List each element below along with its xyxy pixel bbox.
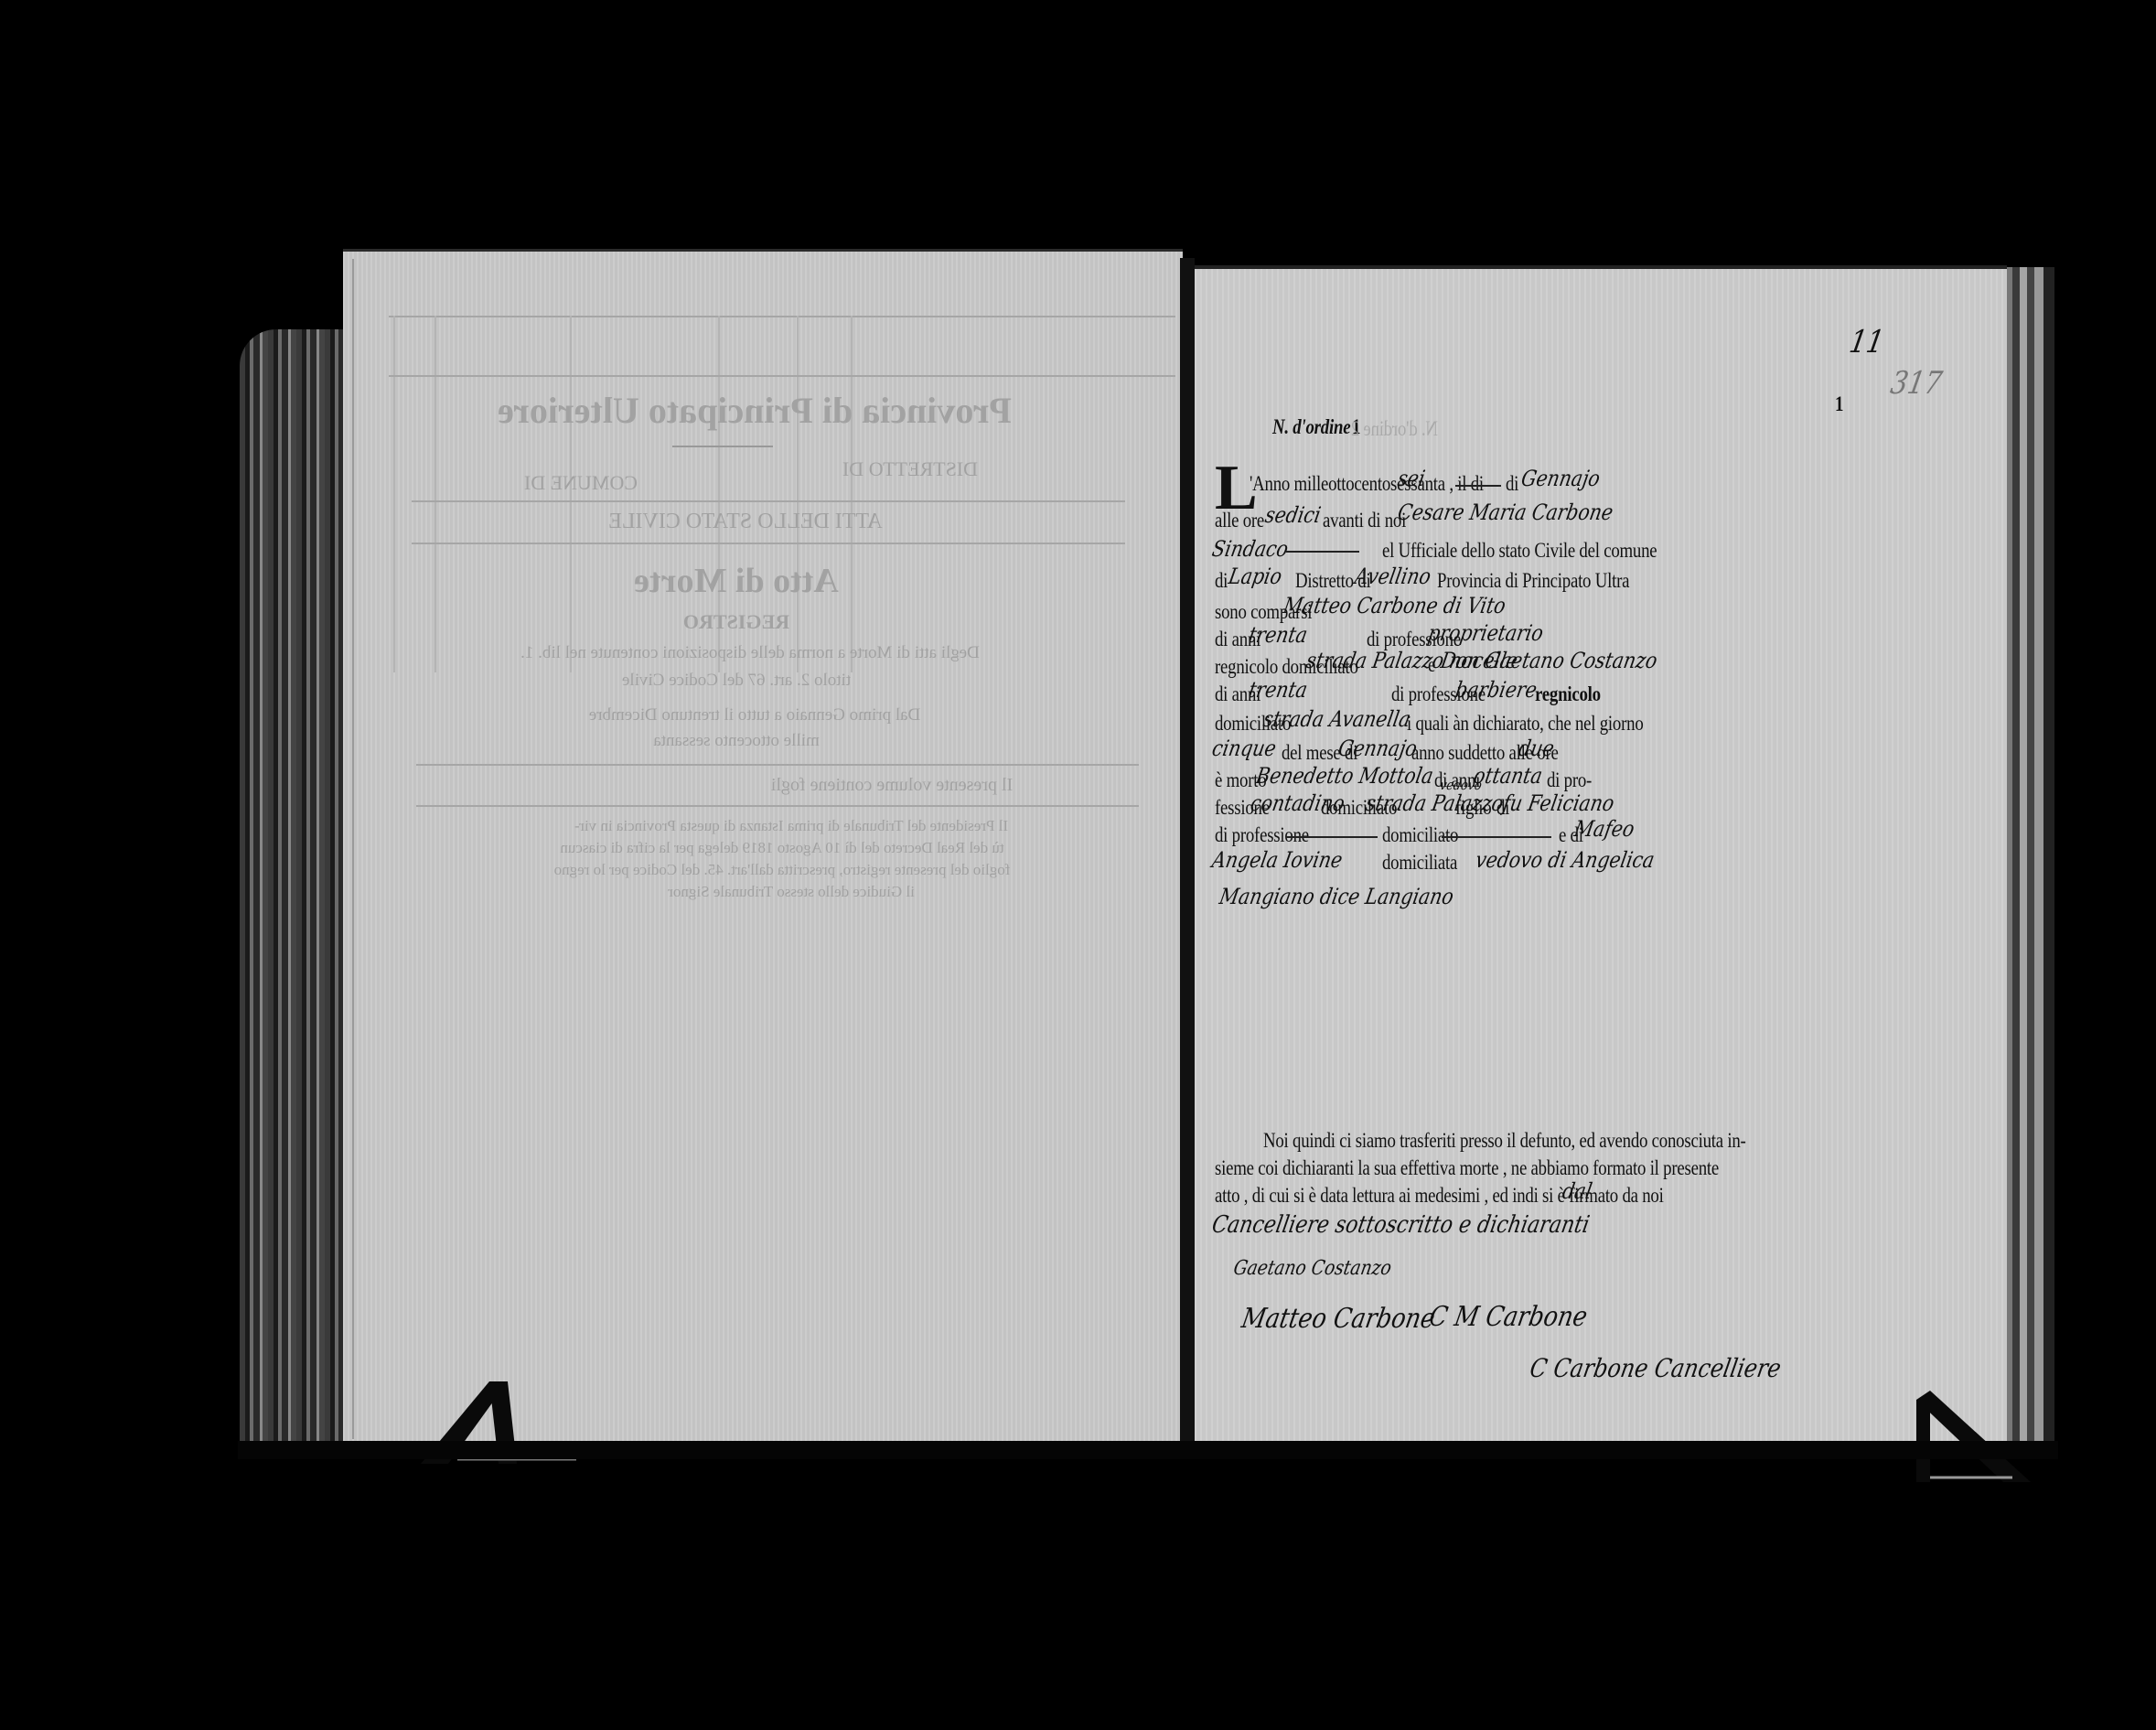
- print-text: i quali àn dichiarato, che nel giorno: [1407, 712, 1644, 736]
- handwritten-entry: vedovo di Angelica: [1474, 847, 1657, 873]
- closing-paragraph-line: sieme coi dichiaranti la sua effettiva m…: [1215, 1156, 1719, 1180]
- right-page: 11 317 1 N. d'ordine 1 N. d'ordine 2 L '…: [1195, 265, 2007, 1445]
- handwritten-entry: trenta: [1247, 622, 1310, 648]
- print-text: 'Anno milleottocentosessanta , il di: [1250, 472, 1484, 496]
- bleed-paragraph-3-line-2: tù del Real Decreto del dì 10 Agosto 181…: [453, 839, 1111, 857]
- corner-pen-mark: 11: [1847, 324, 1887, 360]
- handwritten-entry: Sindaco: [1210, 536, 1291, 562]
- handwritten-entry: Gennajo: [1336, 736, 1419, 761]
- table-col-line: [393, 316, 395, 672]
- handwritten-entry: Mangiano dice Langiano: [1217, 884, 1455, 909]
- blank-dash: [1286, 551, 1359, 553]
- left-page: Provincia di Principato Ulteriore DISTRE…: [343, 249, 1183, 1447]
- book-bottom-shadow: [238, 1441, 2058, 1459]
- bleed-paragraph-2-line-2: mille ottocento sessanta: [617, 731, 855, 751]
- bleed-section: ATTI DELLO STATO CIVILE: [508, 510, 983, 534]
- handwritten-entry: Cancelliere sottoscritto e dichiaranti: [1210, 1211, 1592, 1239]
- blank-dash: [1455, 485, 1501, 487]
- bleed-distretto-label: DISTRETTO DI: [819, 457, 1002, 481]
- bleed-volume-note: Il presente volume contiene fogli: [691, 775, 1093, 796]
- right-page-stack: [2007, 267, 2054, 1447]
- table-col-line: [434, 316, 436, 672]
- bleed-paragraph-3-line-1: Il Presidente del Tribunale di prima Ist…: [480, 817, 1102, 835]
- bleed-divider: [672, 446, 773, 447]
- handwritten-entry: proprietario: [1426, 620, 1545, 646]
- book-gutter: [1180, 258, 1195, 1447]
- handwritten-entry: Avellino: [1353, 564, 1433, 589]
- table-header-rule: [389, 375, 1175, 377]
- print-text: Provincia di Principato Ultra: [1437, 569, 1629, 593]
- handwritten-entry: ottanta: [1472, 763, 1544, 789]
- handwritten-entry: Don Gaetano Costanzo: [1439, 648, 1659, 673]
- closing-paragraph-line: Noi quindi ci siamo trasferiti presso il…: [1263, 1129, 1746, 1153]
- bleed-subheading: REGISTRO: [645, 610, 828, 634]
- right-page-clamp-icon: [1903, 1381, 2049, 1482]
- handwritten-entry: strada Avanella: [1261, 706, 1412, 732]
- mirrored-ordine: N. d'ordine 2: [1351, 417, 1438, 441]
- bleed-province-title: Provincia di Principato Ulteriore: [453, 389, 1057, 432]
- bleed-comune-label: COMUNE DI: [489, 471, 672, 495]
- signature: Matteo Carbone: [1239, 1303, 1438, 1335]
- page-number: 1: [1835, 392, 1843, 416]
- print-text: domiciliata: [1382, 851, 1457, 875]
- print-text: di pro-: [1547, 768, 1592, 792]
- blank-dash: [1286, 836, 1378, 838]
- blank-dash: [1442, 836, 1551, 838]
- bleed-heading: Atto di Morte: [581, 561, 892, 601]
- bleed-paragraph-3-line-3: foglio del presente registro, prescritta…: [453, 861, 1111, 879]
- signature: C M Carbone: [1427, 1301, 1590, 1333]
- bleed-paragraph-3-line-4: il Giudice dello stesso Tribunale Signor: [617, 883, 965, 901]
- bleed-rule: [416, 805, 1139, 807]
- print-text: e: [1428, 653, 1435, 677]
- handwritten-entry: barbiere: [1453, 677, 1539, 703]
- bleed-paragraph-1-line-2: titolo 2. art. 67 del Codice Civile: [563, 671, 910, 691]
- signature: C Carbone Cancelliere: [1528, 1353, 1784, 1383]
- handwritten-entry: Gennajo: [1519, 466, 1602, 491]
- left-page-stack: [240, 329, 348, 1445]
- handwritten-entry: vedovo: [1439, 777, 1484, 793]
- handwritten-entry: Benedetto Mottola: [1254, 763, 1435, 789]
- print-text: figlio: [1455, 796, 1491, 820]
- signature: Gaetano Costanzo: [1231, 1257, 1393, 1280]
- print-text: avanti di noi: [1323, 509, 1406, 532]
- page-border: [352, 259, 354, 1439]
- handwritten-entry: due: [1517, 736, 1556, 761]
- handwritten-entry: Angela Iovine: [1210, 847, 1345, 873]
- handwritten-entry: sei: [1396, 466, 1427, 491]
- bleed-rule: [416, 764, 1139, 766]
- bleed-paragraph-1-line-1: Degli atti di Morte a norma delle dispos…: [434, 643, 1066, 663]
- table-col-line: [851, 316, 853, 672]
- corner-pencil-number: 317: [1888, 365, 1945, 402]
- print-text: alle ore: [1215, 509, 1264, 532]
- handwritten-entry: cinque: [1210, 736, 1278, 761]
- print-text: regnicolo: [1535, 682, 1601, 706]
- bleed-paragraph-2-line-1: Dal primo Gennaio a tutto il trentuno Di…: [553, 705, 956, 725]
- print-text: domiciliato: [1382, 823, 1458, 847]
- handwritten-entry: fu Feliciano: [1501, 790, 1616, 816]
- handwritten-entry: sedici: [1263, 502, 1323, 528]
- print-text: di: [1215, 569, 1228, 593]
- print-text: di: [1506, 472, 1518, 496]
- handwritten-entry: Matteo Carbone di Vito: [1282, 593, 1507, 618]
- handwritten-entry: Cesare Maria Carbone: [1396, 500, 1615, 525]
- print-text: el Ufficiale dello stato Civile del comu…: [1382, 539, 1657, 563]
- bleed-rule: [412, 500, 1125, 502]
- print-text: di professione: [1215, 823, 1309, 847]
- closing-paragraph-line: atto , di cui si è data lettura ai medes…: [1215, 1184, 1664, 1208]
- bleed-rule: [412, 543, 1125, 544]
- handwritten-entry: Mafeo: [1572, 816, 1636, 842]
- handwritten-entry: Lapio: [1227, 564, 1284, 589]
- handwritten-entry: trenta: [1247, 677, 1310, 703]
- ordine-label: N. d'ordine: [1272, 415, 1350, 439]
- handwritten-entry: dal: [1561, 1178, 1594, 1204]
- table-top-rule: [389, 316, 1175, 317]
